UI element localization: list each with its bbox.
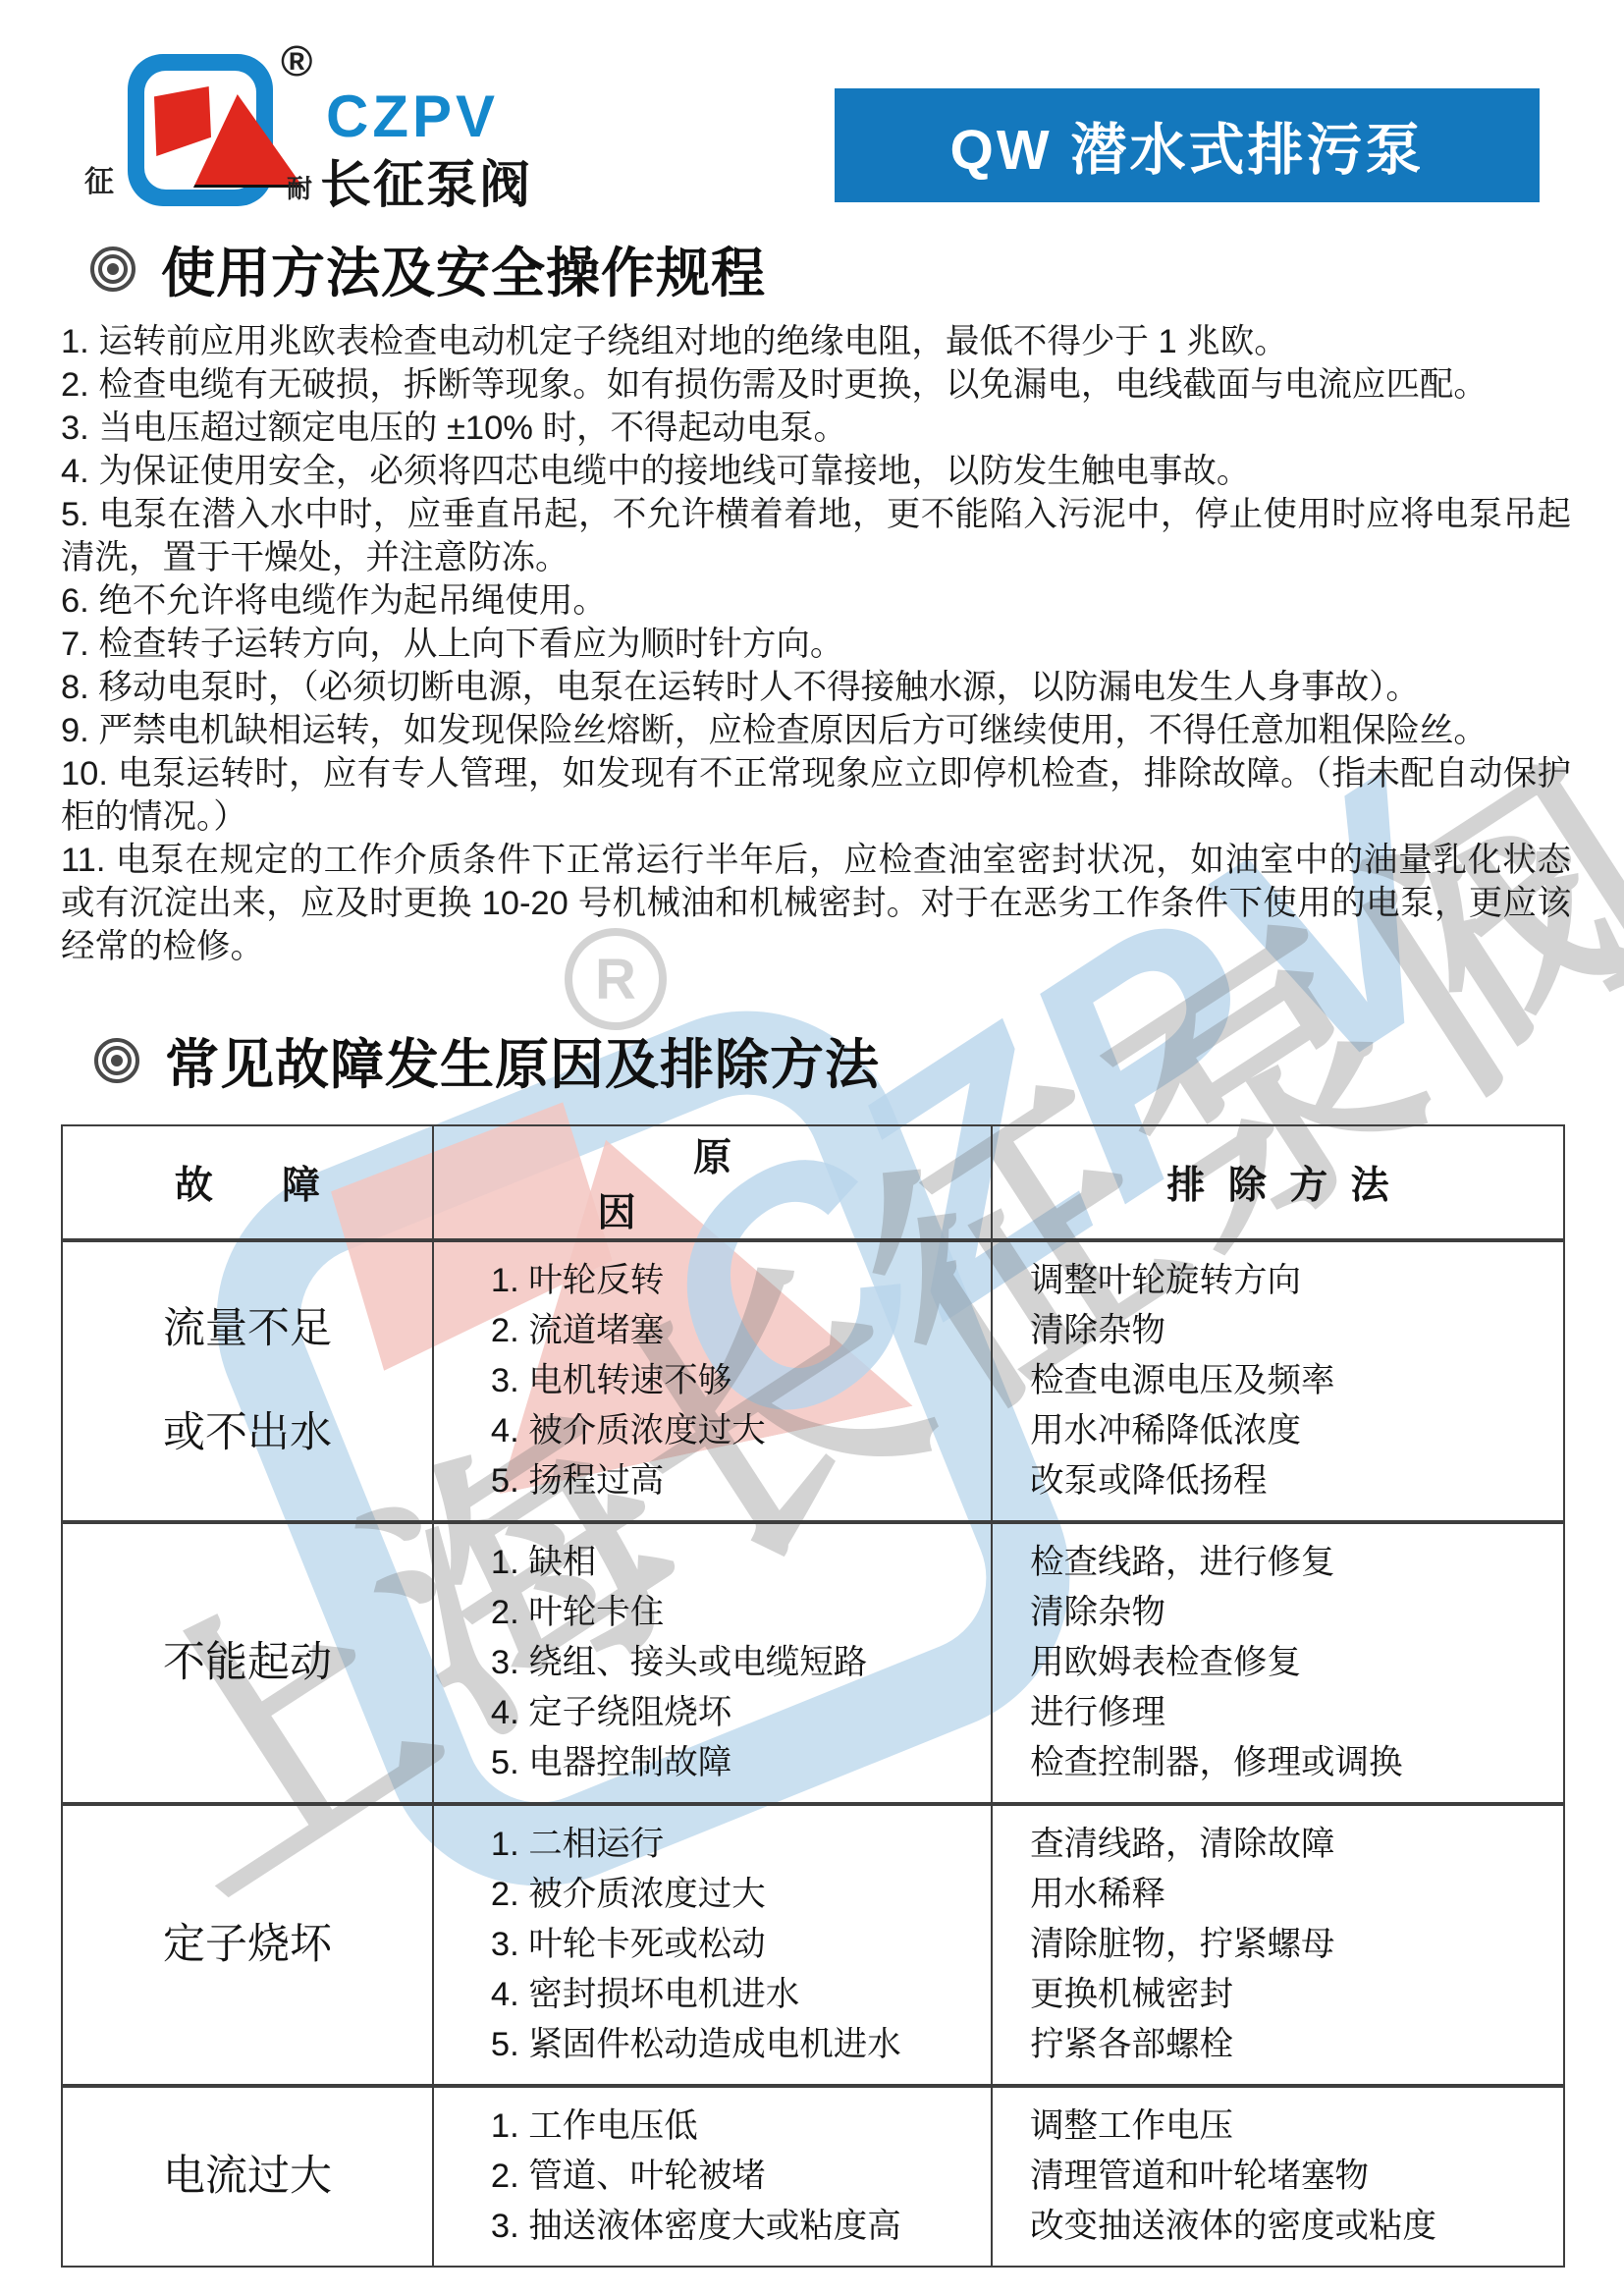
instruction-item: 8. 移动电泵时，（必须切断电源，电泵在运转时人不得接触水源，以防漏电发生人身事…	[61, 666, 1571, 709]
logo-char-right: 耐	[287, 169, 312, 205]
col-header-fault-text: 故障	[106, 1165, 390, 1207]
instruction-item: 5. 电泵在潜入水中时，应垂直吊起，不允许横着着地，更不能陷入污泥中，停止使用时…	[61, 493, 1571, 579]
logo-brand-en: CZPV	[326, 82, 499, 150]
cause-cell-line: 3. 绕组、接头或电缆短路	[491, 1638, 981, 1688]
cause-cell-line: 4. 密封损坏电机进水	[491, 1970, 981, 2020]
remedy-cell: 调整叶轮旋转方向清除杂物检查电源电压及频率用水冲稀降低浓度改泵或降低扬程	[992, 1240, 1564, 1522]
remedy-cell: 检查线路，进行修复清除杂物用欧姆表检查修复进行修理检查控制器，修理或调换	[992, 1522, 1564, 1804]
remedy-cell-line: 改泵或降低扬程	[1030, 1456, 1553, 1506]
col-header-cause-text: 原因	[502, 1137, 923, 1234]
col-header-remedy: 排除方法	[992, 1125, 1564, 1240]
logo-brand-cn: 长征泵阀	[320, 143, 532, 217]
remedy-cell-line: 进行修理	[1030, 1688, 1553, 1738]
section-title-faults-text: 常见故障发生原因及排除方法	[165, 1021, 880, 1099]
remedy-cell-line: 改变抽送液体的密度或粘度	[1030, 2202, 1553, 2252]
remedy-cell-line: 调整叶轮旋转方向	[1030, 1256, 1553, 1306]
cause-cell-line: 3. 抽送液体密度大或粘度高	[491, 2202, 981, 2252]
remedy-cell-line: 清除杂物	[1030, 1306, 1553, 1356]
cause-cell-line: 4. 被介质浓度过大	[491, 1406, 981, 1456]
fault-table-row: 电流过大1. 工作电压低2. 管道、叶轮被堵3. 抽送液体密度大或粘度高调整工作…	[62, 2086, 1564, 2267]
col-header-cause: 原因	[433, 1125, 992, 1240]
cause-cell-line: 4. 定子绕阻烧坏	[491, 1688, 981, 1738]
cause-cell-line: 2. 管道、叶轮被堵	[491, 2152, 981, 2202]
cause-cell-line: 5. 紧固件松动造成电机进水	[491, 2020, 981, 2070]
fault-cell-line: 定子烧坏	[64, 1893, 431, 1996]
remedy-cell-line: 用水稀释	[1030, 1870, 1553, 1920]
fault-cell: 定子烧坏	[62, 1804, 433, 2086]
fault-cell-line: 电流过大	[64, 2125, 431, 2228]
section-title-usage: 使用方法及安全操作规程	[90, 230, 766, 307]
product-title-banner: QW 潜水式排污泵	[835, 88, 1540, 202]
remedy-cell-line: 检查电源电压及频率	[1030, 1356, 1553, 1406]
cause-cell: 1. 二相运行2. 被介质浓度过大3. 叶轮卡死或松动4. 密封损坏电机进水5.…	[433, 1804, 992, 2086]
cause-cell-line: 1. 二相运行	[491, 1820, 981, 1870]
registered-trademark-symbol: ®	[281, 37, 312, 86]
cause-cell-line: 2. 叶轮卡住	[491, 1588, 981, 1638]
instruction-item: 6. 绝不允许将电缆作为起吊绳使用。	[61, 579, 1571, 623]
cause-cell-line: 3. 叶轮卡死或松动	[491, 1920, 981, 1970]
company-logo	[128, 54, 273, 206]
remedy-cell-line: 检查控制器，修理或调换	[1030, 1738, 1553, 1788]
cause-cell: 1. 缺相2. 叶轮卡住3. 绕组、接头或电缆短路4. 定子绕阻烧坏5. 电器控…	[433, 1522, 992, 1804]
col-header-remedy-text: 排除方法	[1144, 1165, 1412, 1207]
logo-char-left: 征	[84, 157, 114, 200]
instruction-item: 3. 当电压超过额定电压的 ±10% 时，不得起动电泵。	[61, 407, 1571, 450]
remedy-cell-line: 调整工作电压	[1030, 2102, 1553, 2152]
instruction-item: 1. 运转前应用兆欧表检查电动机定子绕组对地的绝缘电阻，最低不得少于 1 兆欧。	[61, 320, 1571, 363]
remedy-cell-line: 清除杂物	[1030, 1588, 1553, 1638]
instruction-item: 4. 为保证使用安全，必须将四芯电缆中的接地线可靠接地，以防发生触电事故。	[61, 450, 1571, 493]
bullseye-icon	[90, 246, 135, 292]
red-flag-icon	[154, 86, 211, 159]
instruction-item: 11. 电泵在规定的工作介质条件下正常运行半年后，应检查油室密封状况，如油室中的…	[61, 839, 1571, 968]
remedy-cell-line: 更换机械密封	[1030, 1970, 1553, 2020]
fault-cell-line: 或不出水	[64, 1382, 431, 1485]
fault-table-row: 定子烧坏1. 二相运行2. 被介质浓度过大3. 叶轮卡死或松动4. 密封损坏电机…	[62, 1804, 1564, 2086]
fault-table-row: 流量不足或不出水1. 叶轮反转2. 流道堵塞3. 电机转速不够4. 被介质浓度过…	[62, 1240, 1564, 1522]
remedy-cell-line: 用欧姆表检查修复	[1030, 1638, 1553, 1688]
cause-cell-line: 3. 电机转速不够	[491, 1356, 981, 1406]
cause-cell-line: 2. 被介质浓度过大	[491, 1870, 981, 1920]
section-title-usage-text: 使用方法及安全操作规程	[161, 230, 766, 307]
remedy-cell-line: 拧紧各部螺栓	[1030, 2020, 1553, 2070]
remedy-cell-line: 清除脏物，拧紧螺母	[1030, 1920, 1553, 1970]
remedy-cell-line: 检查线路，进行修复	[1030, 1538, 1553, 1588]
remedy-cell: 调整工作电压清理管道和叶轮堵塞物改变抽送液体的密度或粘度	[992, 2086, 1564, 2267]
remedy-cell-line: 查清线路，清除故障	[1030, 1820, 1553, 1870]
cause-cell: 1. 工作电压低2. 管道、叶轮被堵3. 抽送液体密度大或粘度高	[433, 2086, 992, 2267]
fault-cell-line: 流量不足	[64, 1278, 431, 1381]
remedy-cell-line: 清理管道和叶轮堵塞物	[1030, 2152, 1553, 2202]
logo-inner-panel	[144, 71, 256, 190]
fault-table-row: 不能起动1. 缺相2. 叶轮卡住3. 绕组、接头或电缆短路4. 定子绕阻烧坏5.…	[62, 1522, 1564, 1804]
cause-cell-line: 1. 工作电压低	[491, 2102, 981, 2152]
bullseye-icon	[94, 1038, 139, 1083]
remedy-cell: 查清线路，清除故障用水稀释清除脏物，拧紧螺母更换机械密封拧紧各部螺栓	[992, 1804, 1564, 2086]
remedy-cell-line: 用水冲稀降低浓度	[1030, 1406, 1553, 1456]
manual-page: R CZPV 上海长征泵阀 ® CZPV 长征泵阀 征 耐 QW 潜水式排污泵 …	[0, 0, 1624, 2296]
fault-cell: 不能起动	[62, 1522, 433, 1804]
cause-cell-line: 2. 流道堵塞	[491, 1306, 981, 1356]
cause-cell: 1. 叶轮反转2. 流道堵塞3. 电机转速不够4. 被介质浓度过大5. 扬程过高	[433, 1240, 992, 1522]
instruction-item: 10. 电泵运转时，应有专人管理，如发现有不正常现象应立即停机检查，排除故障。（…	[61, 752, 1571, 839]
fault-table-header-row: 故障 原因 排除方法	[62, 1125, 1564, 1240]
col-header-fault: 故障	[62, 1125, 433, 1240]
instruction-item: 2. 检查电缆有无破损，拆断等现象。如有损伤需及时更换，以免漏电，电线截面与电流…	[61, 363, 1571, 407]
cause-cell-line: 1. 叶轮反转	[491, 1256, 981, 1306]
cause-cell-line: 1. 缺相	[491, 1538, 981, 1588]
cause-cell-line: 5. 扬程过高	[491, 1456, 981, 1506]
fault-cell: 流量不足或不出水	[62, 1240, 433, 1522]
instruction-item: 9. 严禁电机缺相运转，如发现保险丝熔断，应检查原因后方可继续使用，不得任意加粗…	[61, 709, 1571, 752]
fault-cell: 电流过大	[62, 2086, 433, 2267]
fault-cell-line: 不能起动	[64, 1612, 431, 1715]
cause-cell-line: 5. 电器控制故障	[491, 1738, 981, 1788]
fault-table-body: 流量不足或不出水1. 叶轮反转2. 流道堵塞3. 电机转速不够4. 被介质浓度过…	[62, 1240, 1564, 2267]
instructions: 1. 运转前应用兆欧表检查电动机定子绕组对地的绝缘电阻，最低不得少于 1 兆欧。…	[61, 320, 1571, 968]
section-title-faults: 常见故障发生原因及排除方法	[94, 1021, 880, 1099]
instruction-item: 7. 检查转子运转方向，从上向下看应为顺时针方向。	[61, 623, 1571, 666]
fault-table: 故障 原因 排除方法 流量不足或不出水1. 叶轮反转2. 流道堵塞3. 电机转速…	[61, 1124, 1565, 2268]
